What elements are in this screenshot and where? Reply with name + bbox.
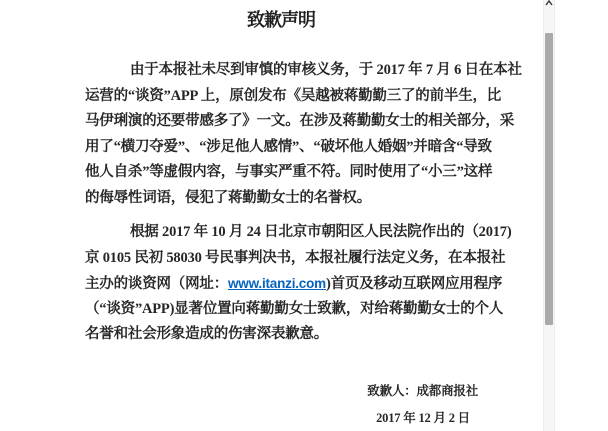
paragraph1-line: 用了“横刀夺爱”、“涉足他人感情”、“破坏他人婚姻”并暗含“导致 xyxy=(85,135,519,161)
paragraph2-line: （“谈资”APP)显著位置向蒋勤勤女士致歉，对给蒋勤勤女士的个人 xyxy=(85,297,519,323)
document-body: 由于本报社未尽到审慎的审核义务，于 2017 年 7 月 6 日在本社 运营的“… xyxy=(85,58,519,431)
scroll-up-button[interactable] xyxy=(544,0,554,12)
paragraph2-link-line: 主办的谈资网（网址：www.itanzi.com)首页及移动互联网应用程序 xyxy=(85,271,519,297)
paragraph1-line: 他人自杀”等虚假内容，与事实严重不符。同时使用了“小三”这样 xyxy=(85,160,519,186)
itanzi-website-link[interactable]: www.itanzi.com xyxy=(228,276,326,291)
chevron-up-icon xyxy=(545,0,553,6)
paragraph2-line: 京 0105 民初 58030 号民事判决书，本报社履行法定义务，在本报社 xyxy=(85,246,519,272)
paragraph2-line: 名誉和社会形象造成的伤害深表歉意。 xyxy=(85,322,519,348)
page-title: 致歉声明 xyxy=(0,6,562,32)
paragraph1-line: 马伊琍演的还要带感多了》一文。在涉及蒋勤勤女士的相关部分，采 xyxy=(85,109,519,135)
paragraph2-line: 根据 2017 年 10 月 24 日北京市朝阳区人民法院作出的（2017) xyxy=(85,220,519,246)
paragraph1-line: 运营的“谈资”APP 上，原创发布《吴越被蒋勤勤三了的前半生，比 xyxy=(85,84,519,110)
apology-document-page: 致歉声明 由于本报社未尽到审慎的审核义务，于 2017 年 7 月 6 日在本社… xyxy=(0,0,608,431)
link-line-pre-text: 主办的谈资网（网址： xyxy=(85,276,228,292)
signature-line: 致歉人：成都商报社 xyxy=(85,379,519,405)
paragraph1-line: 由于本报社未尽到审慎的审核义务，于 2017 年 7 月 6 日在本社 xyxy=(85,58,519,84)
paragraph1-line: 的侮辱性词语，侵犯了蒋勤勤女士的名誉权。 xyxy=(85,186,519,212)
scrollbar-thumb[interactable] xyxy=(545,33,553,325)
vertical-scrollbar[interactable] xyxy=(543,0,555,431)
date-line: 2017 年 12 月 2 日 xyxy=(85,406,519,431)
link-line-post-text: )首页及移动互联网应用程序 xyxy=(326,276,502,292)
